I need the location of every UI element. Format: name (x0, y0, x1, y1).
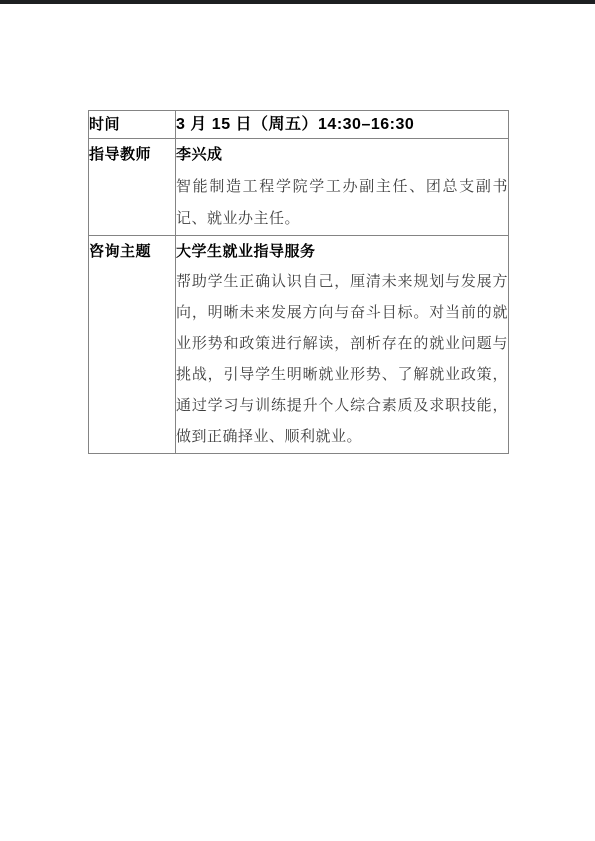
window-top-edge (0, 0, 595, 4)
topic-row-label: 咨询主题 (89, 236, 176, 454)
instructor-name: 李兴成 (176, 139, 508, 171)
time-row-label: 时间 (89, 111, 176, 139)
instructor-row-value-cell: 李兴成 智能制造工程学院学工办副主任、团总支副书记、就业办主任。 (176, 139, 509, 236)
document-page: { "document": { "background": "#ffffff",… (0, 0, 595, 841)
consultation-schedule-table: 时间 3 月 15 日（周五）14:30–16:30 指导教师 李兴成 智能制造… (88, 110, 509, 454)
topic-title: 大学生就业指导服务 (176, 236, 508, 267)
instructor-row-label: 指导教师 (89, 139, 176, 236)
time-row-value-cell: 3 月 15 日（周五）14:30–16:30 (176, 111, 509, 139)
topic-description: 帮助学生正确认识自己，厘清未来规划与发展方向，明晰未来发展方向与奋斗目标。对当前… (176, 267, 508, 453)
instructor-description: 智能制造工程学院学工办副主任、团总支副书记、就业办主任。 (176, 171, 508, 235)
time-value: 3 月 15 日（周五）14:30–16:30 (176, 111, 508, 138)
topic-row-value-cell: 大学生就业指导服务 帮助学生正确认识自己，厘清未来规划与发展方向，明晰未来发展方… (176, 236, 509, 454)
table-row-time: 时间 3 月 15 日（周五）14:30–16:30 (89, 111, 509, 139)
table-row-topic: 咨询主题 大学生就业指导服务 帮助学生正确认识自己，厘清未来规划与发展方向，明晰… (89, 236, 509, 454)
table-row-instructor: 指导教师 李兴成 智能制造工程学院学工办副主任、团总支副书记、就业办主任。 (89, 139, 509, 236)
